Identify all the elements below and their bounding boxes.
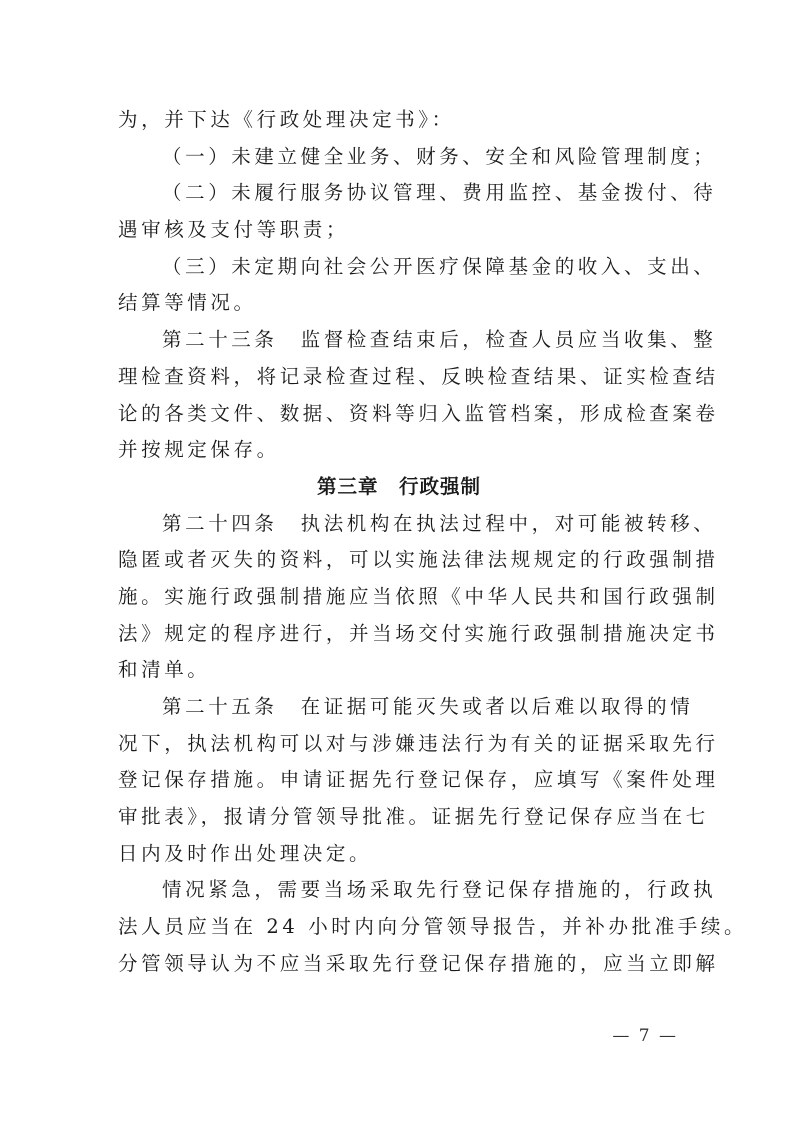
text-line: 论的各类文件、数据、资料等归入监管档案，形成检查案卷 [118, 396, 680, 433]
article-25: 第二十五条 在证据可能灭失或者以后难以取得的情 [118, 689, 680, 726]
list-item-1: （一）未建立健全业务、财务、安全和风险管理制度； [118, 139, 680, 176]
text-line: 并按规定保存。 [118, 432, 680, 469]
chapter-heading: 第三章 行政强制 [118, 469, 680, 506]
text-line: 日内及时作出处理决定。 [118, 836, 680, 873]
text-line: 和清单。 [118, 652, 680, 689]
document-body: 为，并下达《行政处理决定书》： （一）未建立健全业务、财务、安全和风险管理制度；… [118, 102, 680, 983]
article-24: 第二十四条 执法机构在执法过程中，对可能被转移、 [118, 506, 680, 543]
text-line: 遇审核及支付等职责； [118, 212, 680, 249]
text-line: 为，并下达《行政处理决定书》： [118, 102, 680, 139]
text-line: 施。实施行政强制措施应当依照《中华人民共和国行政强制 [118, 579, 680, 616]
paragraph-emergency: 情况紧急，需要当场采取先行登记保存措施的，行政执 [118, 872, 680, 909]
text-line: 隐匿或者灭失的资料，可以实施法律法规规定的行政强制措 [118, 542, 680, 579]
text-line: 理检查资料，将记录检查过程、反映检查结果、证实检查结 [118, 359, 680, 396]
list-item-3: （三）未定期向社会公开医疗保障基金的收入、支出、 [118, 249, 680, 286]
list-item-2: （二）未履行服务协议管理、费用监控、基金拨付、待 [118, 175, 680, 212]
text-line: 结算等情况。 [118, 285, 680, 322]
text-line: 法人员应当在 24 小时内向分管领导报告，并补办批准手续。 [118, 909, 680, 946]
text-line: 审批表》，报请分管领导批准。证据先行登记保存应当在七 [118, 799, 680, 836]
article-23: 第二十三条 监督检查结束后，检查人员应当收集、整 [118, 322, 680, 359]
page-number: — 7 — [612, 1026, 678, 1046]
text-line: 况下，执法机构可以对与涉嫌违法行为有关的证据采取先行 [118, 726, 680, 763]
text-line: 登记保存措施。申请证据先行登记保存，应填写《案件处理 [118, 762, 680, 799]
text-line: 法》规定的程序进行，并当场交付实施行政强制措施决定书 [118, 616, 680, 653]
text-line: 分管领导认为不应当采取先行登记保存措施的，应当立即解 [118, 946, 680, 983]
